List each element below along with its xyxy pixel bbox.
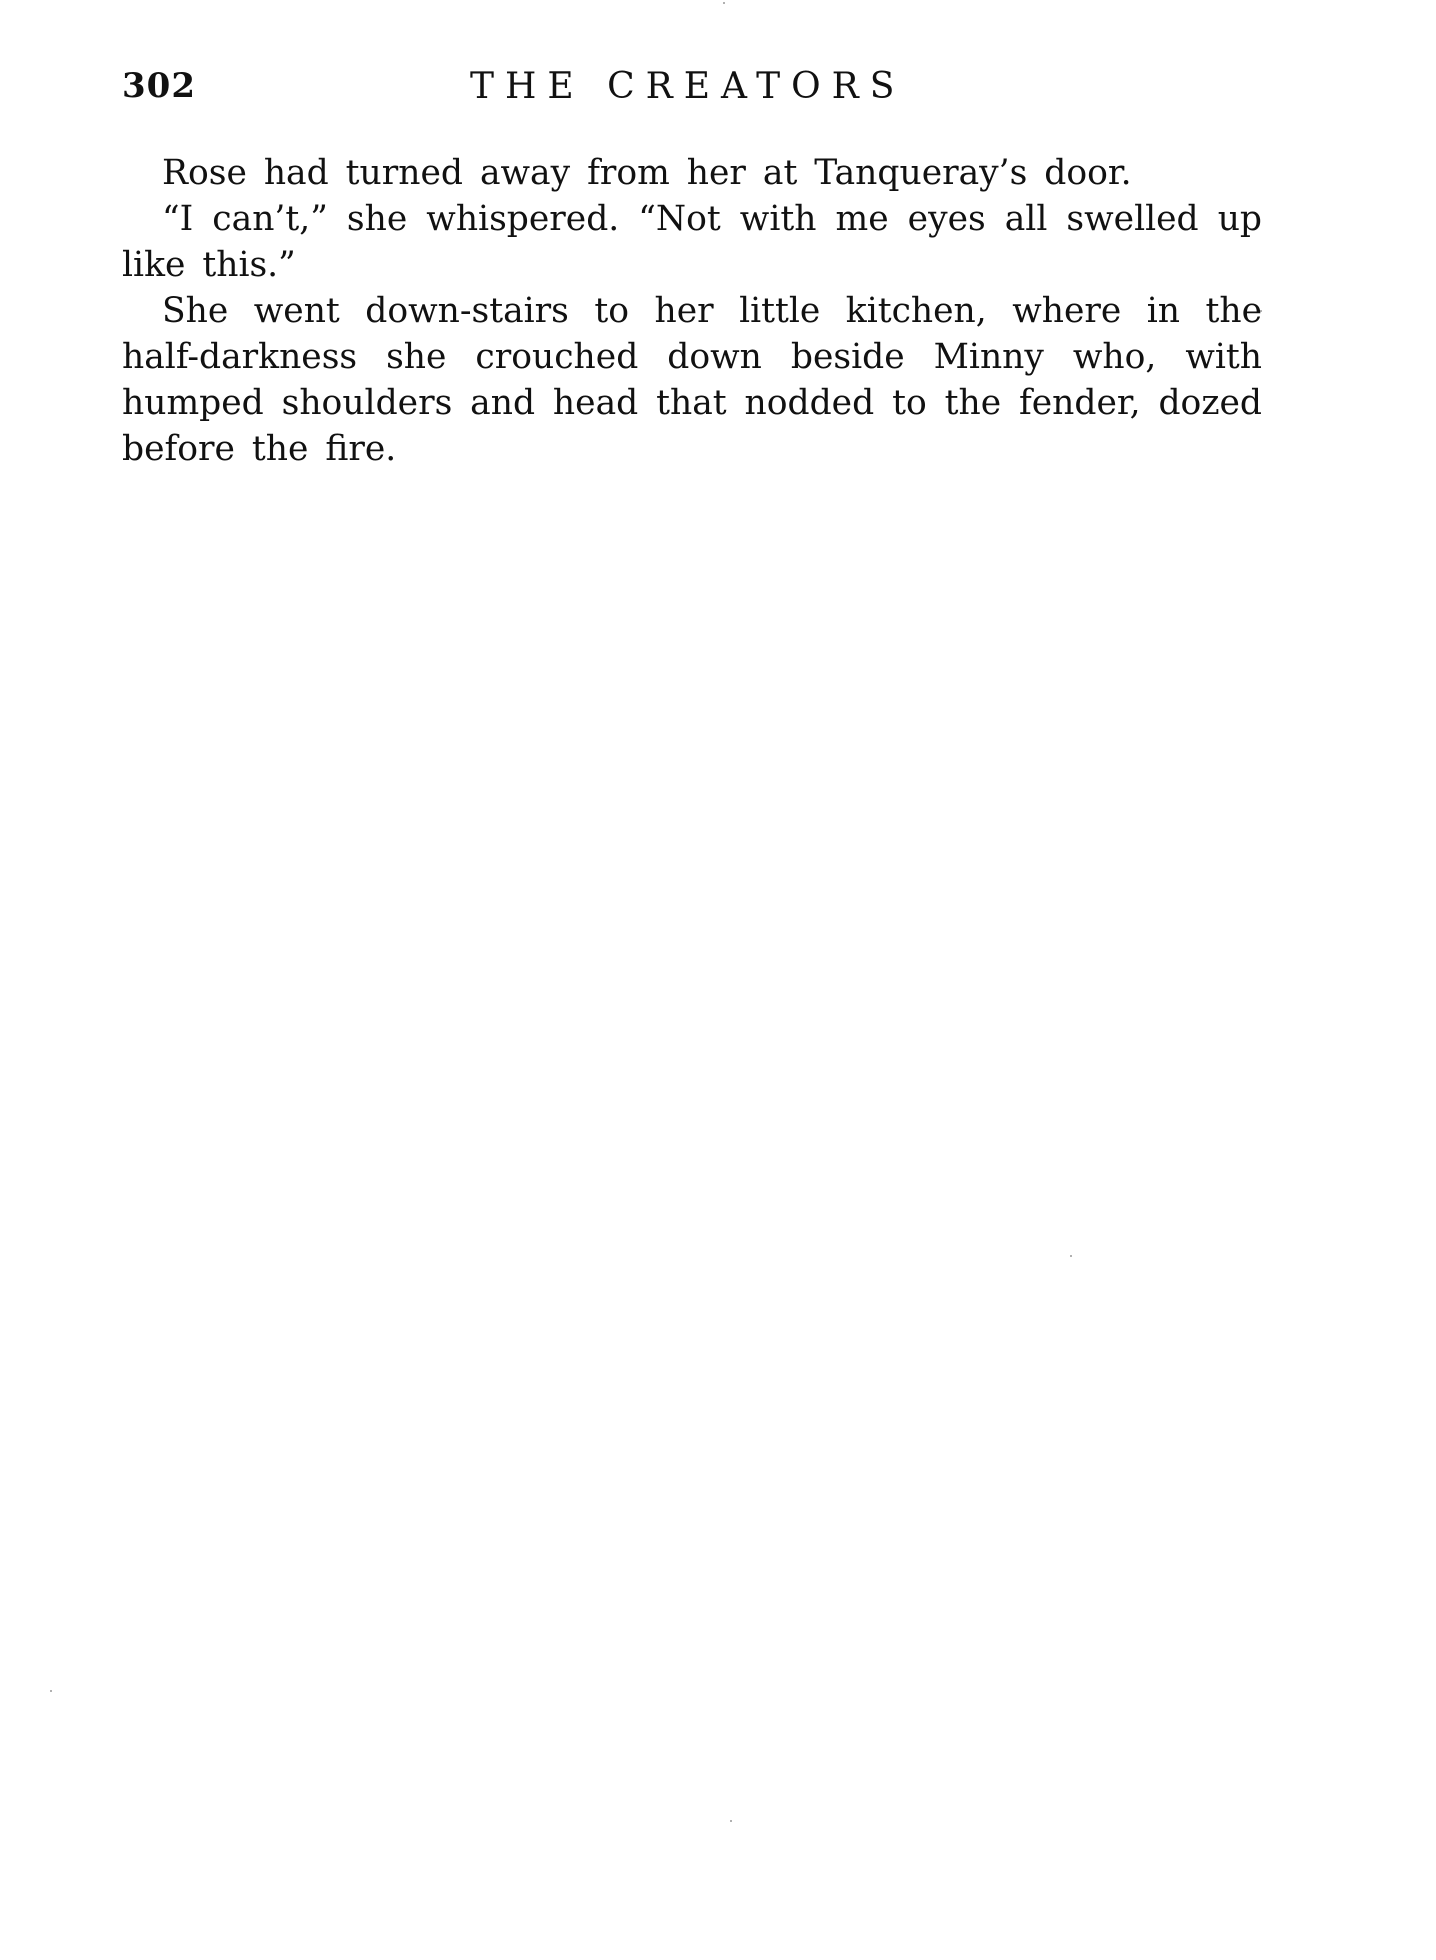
scan-speck bbox=[1260, 310, 1262, 312]
body-text: Rose had turned away from her at Tanquer… bbox=[122, 150, 1262, 472]
scan-speck bbox=[730, 1820, 732, 1822]
scan-speck bbox=[723, 2, 725, 4]
page-number: 302 bbox=[122, 66, 196, 106]
scan-speck bbox=[50, 1690, 52, 1692]
paragraph: Rose had turned away from her at Tanquer… bbox=[122, 150, 1262, 196]
paragraph: “I can’t,” she whispered. “Not with me e… bbox=[122, 196, 1262, 288]
paragraph: She went down-stairs to her little kitch… bbox=[122, 288, 1262, 472]
scan-speck bbox=[1070, 1255, 1072, 1257]
running-head: 302 THE CREATORS bbox=[122, 66, 1262, 110]
book-title: THE CREATORS bbox=[470, 66, 905, 107]
